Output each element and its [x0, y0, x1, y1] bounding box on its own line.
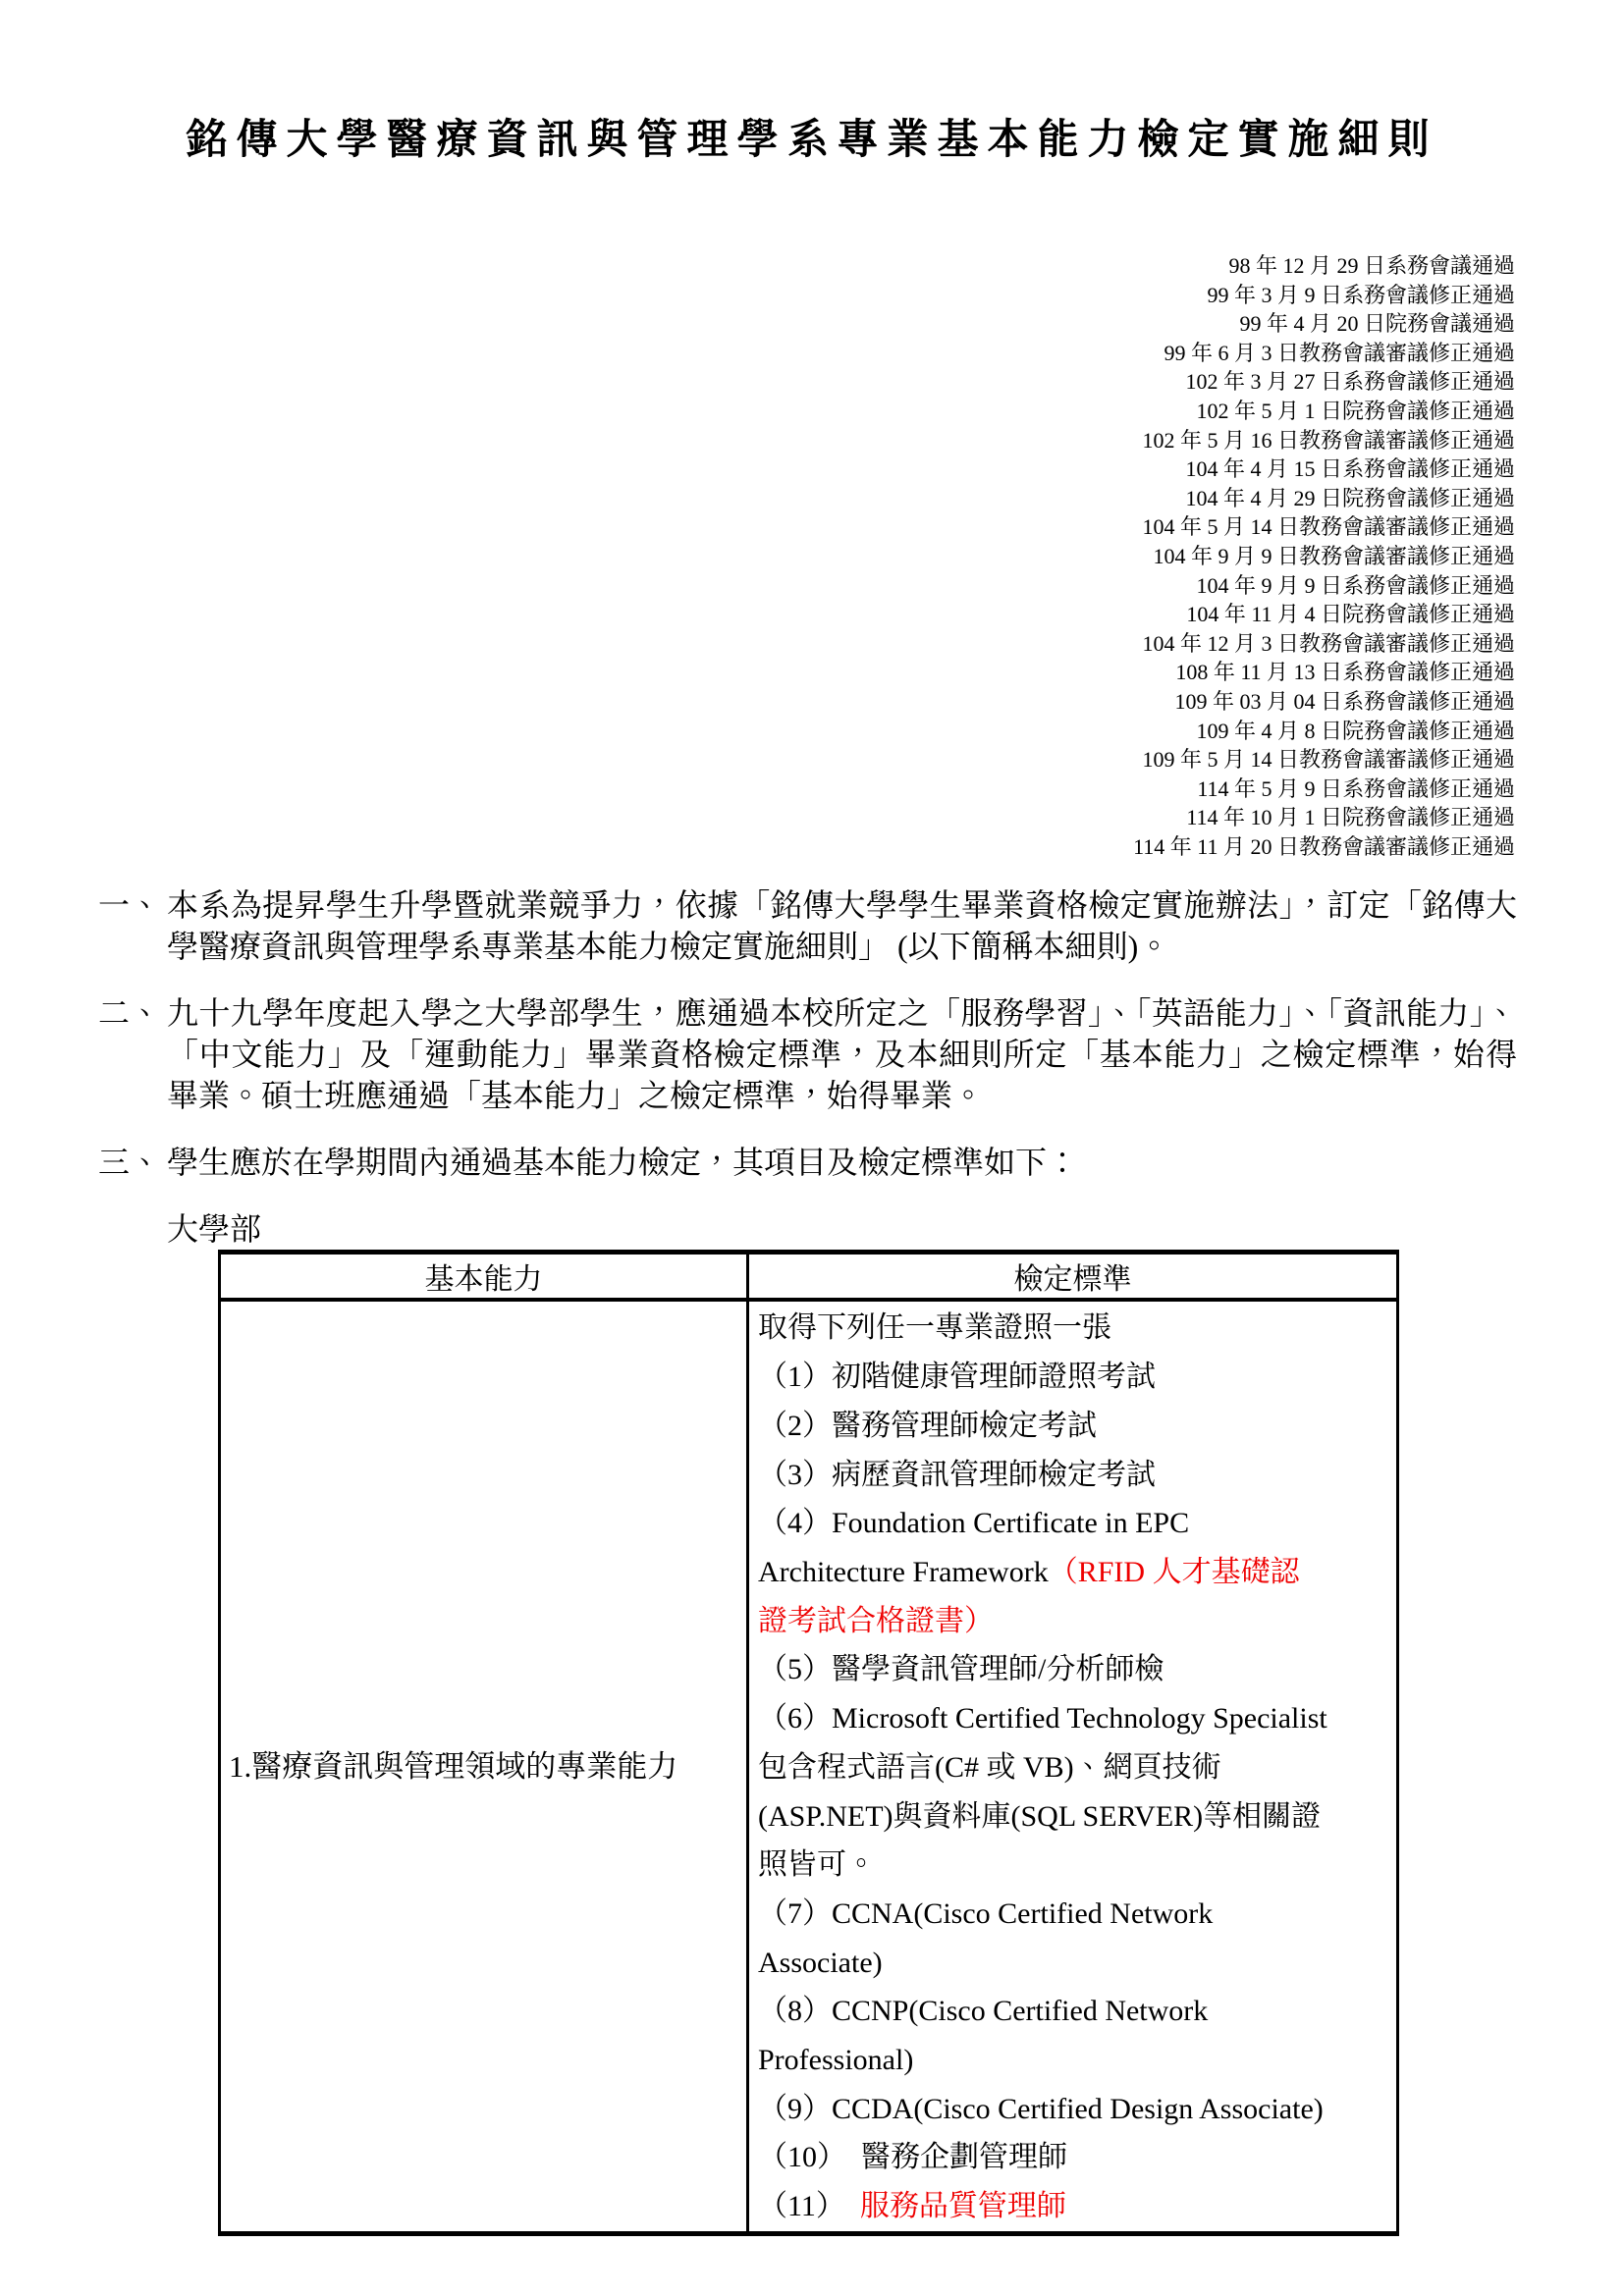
standard-text: （3）病歷資訊管理師檢定考試 [758, 1459, 1156, 1491]
revision-line: 114 年 5 月 9 日系務會議修正通過 [0, 774, 1515, 804]
standard-text-red: 服務品質管理師 [860, 2190, 1066, 2222]
standard-line: （7）CCNA(Cisco Certified Network [758, 1890, 1390, 1939]
standard-text: （7）CCNA(Cisco Certified Network [758, 1897, 1213, 1930]
revision-line: 114 年 11 月 20 日教務會議審議修正通過 [0, 832, 1515, 862]
revision-line: 99 年 3 月 9 日系務會議修正通過 [0, 281, 1515, 310]
table-header-ability: 基本能力 [220, 1253, 748, 1301]
revision-line: 104 年 4 月 15 日系務會議修正通過 [0, 454, 1515, 484]
article-text: 九十九學年度起入學之大學部學生，應通過本校所定之「服務學習」、「英語能力」、「資… [167, 995, 1517, 1113]
article-number: 三、 [98, 1142, 161, 1183]
article-number: 一、 [98, 884, 161, 926]
standard-line: （8）CCNP(Cisco Certified Network [758, 1987, 1390, 2036]
standard-text: （10） 醫務企劃管理師 [758, 2141, 1067, 2173]
revision-line: 109 年 5 月 14 日教務會議審議修正通過 [0, 745, 1515, 774]
revision-line: 109 年 03 月 04 日系務會議修正通過 [0, 687, 1515, 717]
table-header-standard: 檢定標準 [748, 1253, 1398, 1301]
standard-text: Associate) [758, 1947, 883, 1979]
standard-text: 照皆可。 [758, 1848, 876, 1881]
revision-line: 104 年 5 月 14 日教務會議審議修正通過 [0, 512, 1515, 542]
standard-text: （8）CCNP(Cisco Certified Network [758, 1995, 1208, 2027]
section-label: 大學部 [0, 1208, 1624, 1250]
standard-line: （4）Foundation Certificate in EPC [758, 1499, 1390, 1548]
revision-line: 104 年 9 月 9 日系務會議修正通過 [0, 571, 1515, 601]
revision-line: 99 年 4 月 20 日院務會議通過 [0, 309, 1515, 339]
standard-line: (ASP.NET)與資料庫(SQL SERVER)等相關證 [758, 1792, 1390, 1842]
revision-line: 102 年 5 月 1 日院務會議修正通過 [0, 397, 1515, 426]
revision-history: 98 年 12 月 29 日系務會議通過99 年 3 月 9 日系務會議修正通過… [0, 251, 1624, 861]
revision-line: 104 年 4 月 29 日院務會議修正通過 [0, 484, 1515, 513]
standard-line: （6）Microsoft Certified Technology Specia… [758, 1694, 1390, 1743]
standard-cell: 取得下列任一專業證照一張（1）初階健康管理師證照考試（2）醫務管理師檢定考試（3… [748, 1300, 1398, 2234]
standard-text: （6）Microsoft Certified Technology Specia… [758, 1702, 1327, 1735]
standard-line: Associate) [758, 1939, 1390, 1988]
standard-text: Architecture Framework [758, 1556, 1049, 1588]
standard-line: （10） 醫務企劃管理師 [758, 2133, 1390, 2182]
revision-line: 104 年 12 月 3 日教務會議審議修正通過 [0, 629, 1515, 659]
article-text: 學生應於在學期間內通過基本能力檢定，其項目及檢定標準如下： [167, 1145, 1078, 1180]
standard-line: 包含程式語言(C# 或 VB)、網頁技術 [758, 1743, 1390, 1792]
article-text: 本系為提昇學生升學暨就業競爭力，依據「銘傳大學學生畢業資格檢定實施辦法」，訂定「… [167, 887, 1517, 964]
article-number: 二、 [98, 992, 161, 1034]
standard-line: （1）初階健康管理師證照考試 [758, 1353, 1390, 1402]
standard-line: （3）病歷資訊管理師檢定考試 [758, 1451, 1390, 1500]
revision-line: 98 年 12 月 29 日系務會議通過 [0, 251, 1515, 281]
table-row: 1.醫療資訊與管理領域的專業能力 取得下列任一專業證照一張（1）初階健康管理師證… [220, 1300, 1398, 2234]
standard-line: （5）醫學資訊管理師/分析師檢 [758, 1645, 1390, 1694]
document-title: 銘傳大學醫療資訊與管理學系專業基本能力檢定實施細則 [0, 0, 1624, 164]
standard-text: 取得下列任一專業證照一張 [758, 1311, 1111, 1344]
standard-text: （2）醫務管理師檢定考試 [758, 1410, 1097, 1442]
standard-text: （5）醫學資訊管理師/分析師檢 [758, 1653, 1164, 1685]
revision-line: 102 年 3 月 27 日系務會議修正通過 [0, 367, 1515, 397]
revision-line: 108 年 11 月 13 日系務會議修正通過 [0, 658, 1515, 687]
revision-line: 109 年 4 月 8 日院務會議修正通過 [0, 717, 1515, 746]
revision-line: 104 年 11 月 4 日院務會議修正通過 [0, 600, 1515, 629]
standard-line: （9）CCDA(Cisco Certified Design Associate… [758, 2085, 1390, 2134]
standard-line: （2）醫務管理師檢定考試 [758, 1402, 1390, 1451]
standard-text: （1）初階健康管理師證照考試 [758, 1361, 1156, 1393]
standard-line: Architecture Framework（RFID 人才基礎認 [758, 1548, 1390, 1597]
ability-cell: 1.醫療資訊與管理領域的專業能力 [220, 1300, 748, 2234]
table-header-row: 基本能力 檢定標準 [220, 1253, 1398, 1301]
article: 二、九十九學年度起入學之大學部學生，應通過本校所定之「服務學習」、「英語能力」、… [0, 992, 1624, 1116]
revision-line: 114 年 10 月 1 日院務會議修正通過 [0, 803, 1515, 832]
standard-text: (ASP.NET)與資料庫(SQL SERVER)等相關證 [758, 1800, 1321, 1833]
document-page: { "colors": { "ink": "#000000", "paper":… [0, 0, 1624, 2296]
standard-text: （9）CCDA(Cisco Certified Design Associate… [758, 2093, 1324, 2125]
standard-line: 證考試合格證書） [758, 1597, 1390, 1646]
standard-text-red: 證考試合格證書） [758, 1605, 994, 1637]
certification-table: 基本能力 檢定標準 1.醫療資訊與管理領域的專業能力 取得下列任一專業證照一張（… [218, 1250, 1399, 2236]
standard-text: 包含程式語言(C# 或 VB)、網頁技術 [758, 1751, 1221, 1784]
standard-text: （11） [758, 2190, 860, 2222]
standard-line: （11） 服務品質管理師 [758, 2182, 1390, 2231]
standard-line: 取得下列任一專業證照一張 [758, 1304, 1390, 1353]
revision-line: 99 年 6 月 3 日教務會議審議修正通過 [0, 339, 1515, 368]
revision-line: 102 年 5 月 16 日教務會議審議修正通過 [0, 426, 1515, 455]
standard-text-red: （RFID 人才基礎認 [1049, 1556, 1300, 1588]
standard-text: （4）Foundation Certificate in EPC [758, 1507, 1189, 1539]
article: 一、本系為提昇學生升學暨就業競爭力，依據「銘傳大學學生畢業資格檢定實施辦法」，訂… [0, 884, 1624, 967]
revision-line: 104 年 9 月 9 日教務會議審議修正通過 [0, 542, 1515, 571]
article: 三、學生應於在學期間內通過基本能力檢定，其項目及檢定標準如下： [0, 1142, 1624, 1183]
standard-line: 照皆可。 [758, 1841, 1390, 1890]
standard-text: Professional) [758, 2044, 913, 2076]
articles: 一、本系為提昇學生升學暨就業競爭力，依據「銘傳大學學生畢業資格檢定實施辦法」，訂… [0, 884, 1624, 1183]
standard-line: Professional) [758, 2036, 1390, 2085]
